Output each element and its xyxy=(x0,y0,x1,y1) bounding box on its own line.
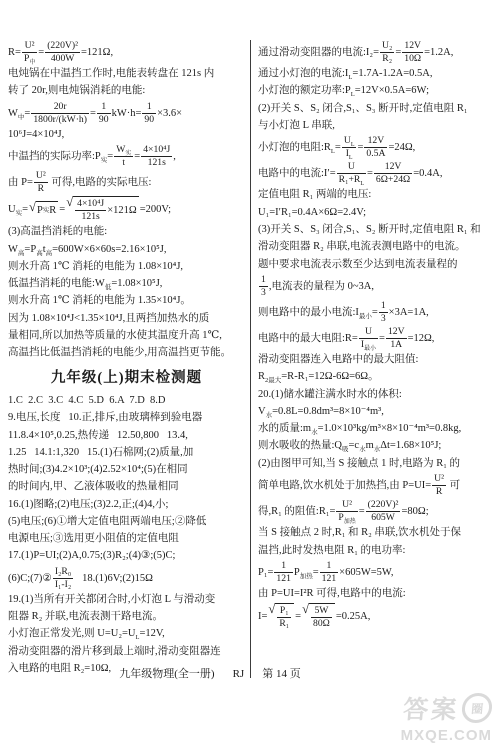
watermark-logo: 答案 圈 xyxy=(399,690,493,726)
text-line: 由 P=UI=I²R 可得,电路中的电流: xyxy=(258,586,495,602)
text-line: 则水升高 1℃ 消耗的电能为 1.08×10⁴J, xyxy=(8,259,245,275)
text-line: R=U²P中=(220V)²400W=121Ω, xyxy=(8,40,245,65)
text-line: 通过小灯泡的电流:IL=1.7A-1.2A=0.5A, xyxy=(258,66,495,82)
text-line: R2最大=R-R₁=12Ω-6Ω=6Ω。 xyxy=(258,369,495,385)
text-line: 高温挡比低温挡消耗的电能少,用高温挡更节能。 xyxy=(8,345,245,361)
answer-book-page: R=U²P中=(220V)²400W=121Ω,电炖锅在中温挡工作时,电能表转盘… xyxy=(0,0,500,748)
text-line: 滑动变阻器的滑片移到最上端时,滑动变阻器连 xyxy=(8,644,245,660)
footer-page-number: 第 14 页 xyxy=(262,668,301,680)
text-line: 因为 1.08×10⁴J<1.35×10⁴J,且两挡加热水的质 xyxy=(8,311,245,327)
watermark-logo-text: 答案 xyxy=(401,690,460,726)
column-right: 通过滑动变阻器的电流:I₂=U₂R₂=12V10Ω=1.2A,通过小灯泡的电流:… xyxy=(251,40,495,678)
text-line: 则水吸收的热量:Q吸=c水m水Δt=1.68×10⁵J; xyxy=(258,438,495,454)
text-line: 低温挡消耗的电能:W低=1.08×10⁵J, xyxy=(8,276,245,292)
text-line: 20.(1)储水罐注满水时水的体积: xyxy=(258,387,495,403)
text-line: 小灯泡的额定功率:PL=12V×0.5A=6W; xyxy=(258,83,495,99)
text-line: 滑动变阻器 R₂ 串联,电流表测电路中的电流。 xyxy=(258,239,495,255)
text-line: (3)开关 S、S₃ 闭合,S₁、S₂ 断开时,定值电阻 R₁ 和 xyxy=(258,222,495,238)
text-line: 热时间;(3)4.2×10³;(4)2.52×10⁴;(5)在相同 xyxy=(8,462,245,478)
text-line: 16.(1)图略;(2)电压;(3)2.2,正;(4)4,小; xyxy=(8,497,245,513)
page-content: R=U²P中=(220V)²400W=121Ω,电炖锅在中温挡工作时,电能表转盘… xyxy=(0,0,500,678)
text-line: I=√P₁R₁=√5W80Ω=0.25A, xyxy=(258,603,495,630)
text-line: 则水升高 1℃ 消耗的电能为 1.35×10⁴J。 xyxy=(8,293,245,309)
text-line: (3)高温挡消耗的电能: xyxy=(8,224,245,240)
text-line: 转了 20r,则电炖锅消耗的电能: xyxy=(8,83,245,99)
text-line: 由 P=U²R 可得,电路的实际电压: xyxy=(8,170,245,195)
text-line: P₁=1121P加热=1121×605W=5W, xyxy=(258,560,495,585)
text-line: 19.(1)当所有开关都闭合时,小灯泡 L 与滑动变 xyxy=(8,592,245,608)
text-line: 电路中的电流:I′=UR₁+RL=12V6Ω+24Ω=0.4A, xyxy=(258,161,495,186)
text-line: 简单电路,饮水机处于加热挡,由 P=UI=U²R 可 xyxy=(258,473,495,498)
text-line: 11.8.4×10⁵,0.25,热传递 12.50,800 13.4, xyxy=(8,428,245,444)
footer-edition-code: RJ xyxy=(233,668,245,680)
watermark-site-url: MXQE.COM xyxy=(401,727,492,744)
text-line: 13,电流表的量程为 0~3A, xyxy=(258,274,495,299)
text-line: 小灯泡的电阻:RL=ULIL=12V0.5A=24Ω, xyxy=(258,135,495,160)
text-line: (5)电压;(6)①增大定值电阻两端电压;②降低 xyxy=(8,514,245,530)
text-line: 电炖锅在中温挡工作时,电能表转盘在 121s 内 xyxy=(8,66,245,82)
text-line: U₁=I′R₁=0.4A×6Ω=2.4V; xyxy=(258,205,495,221)
text-line: 1.25 14.1:1,320 15.(1)石棉网;(2)质量,加 xyxy=(8,445,245,461)
text-line: 电路中的最大电阻:R=UI最小=12V1A=12Ω, xyxy=(258,326,495,351)
text-line: 得,R₁ 的阻值:R₁=U²P加热=(220V)²605W=80Ω; xyxy=(258,499,495,524)
text-line: (2)由图甲可知,当 S 接触点 1 时,电路为 R₁ 的 xyxy=(258,456,495,472)
text-line: 小灯泡正常发光,则 U=U₂=UL=12V, xyxy=(8,626,245,642)
text-line: 滑动变阻器连入电路中的最大阻值: xyxy=(258,352,495,368)
page-footer: 九年级物理(全一册)RJ第 14 页 xyxy=(30,665,390,681)
text-line: 水的质量:m水=1.0×10³kg/m³×8×10⁻⁴m³=0.8kg, xyxy=(258,421,495,437)
text-line: 则电路中的最小电流:I最小=13×3A=1A, xyxy=(258,300,495,325)
column-left: R=U²P中=(220V)²400W=121Ω,电炖锅在中温挡工作时,电能表转盘… xyxy=(8,40,250,678)
text-line: V水=0.8L=0.8dm³=8×10⁻⁴m³, xyxy=(258,404,495,420)
text-line: 当 S 接触点 2 时,R₁ 和 R₂ 串联,饮水机处于保 xyxy=(258,525,495,541)
text-line: 与小灯泡 L 串联, xyxy=(258,118,495,134)
text-line: 1.C 2.C 3.C 4.C 5.D 6.A 7.D 8.D xyxy=(8,393,245,409)
section-header: 九年级(上)期末检测题 xyxy=(8,367,245,389)
watermark: 答案 圈 MXQE.COM xyxy=(401,690,492,744)
text-line: W高=P高t高=600W×6×60s=2.16×10⁵J, xyxy=(8,242,245,258)
text-line: W中=20r1800r/(kW·h)=190kW·h=190×3.6× xyxy=(8,101,245,126)
text-line: U实=√P实R=√4×10⁴J121s×121Ω=200V; xyxy=(8,196,245,223)
text-line: 10⁶J=4×10⁴J, xyxy=(8,127,245,143)
watermark-circle-icon: 圈 xyxy=(461,693,494,723)
text-line: 定值电阻 R₁ 两端的电压: xyxy=(258,187,495,203)
text-line: 电源电压;③选用更小阻值的定值电阻 xyxy=(8,531,245,547)
text-line: 通过滑动变阻器的电流:I₂=U₂R₂=12V10Ω=1.2A, xyxy=(258,40,495,65)
text-line: (6)C;(7)②I₂R₀I₁-I₂ 18.(1)6V;(2)15Ω xyxy=(8,566,245,591)
footer-book-title: 九年级物理(全一册) xyxy=(119,668,214,680)
text-line: 量相同,所以加热等质量的水使其温度升高 1℃, xyxy=(8,328,245,344)
text-line: 的时间内,甲、乙液体吸收的热量相同 xyxy=(8,479,245,495)
text-line: 温挡,此时发热电阻 R₁ 的电功率: xyxy=(258,543,495,559)
text-line: 17.(1)P=UI;(2)A,0.75;(3)R₂;(4)③;(5)C; xyxy=(8,548,245,564)
text-line: 题中要求电流表示数至少达到电流表量程的 xyxy=(258,257,495,273)
text-line: 中温挡的实际功率:P实=W实t=4×10⁴J121s, xyxy=(8,144,245,169)
text-line: 阻器 R₂ 并联,电流表测干路电流。 xyxy=(8,609,245,625)
text-line: 9.电压,长度 10.正,排斥,由玻璃棒到验电器 xyxy=(8,410,245,426)
text-line: (2)开关 S、S₂ 闭合,S₁、S₃ 断开时,定值电阻 R₁ xyxy=(258,101,495,117)
